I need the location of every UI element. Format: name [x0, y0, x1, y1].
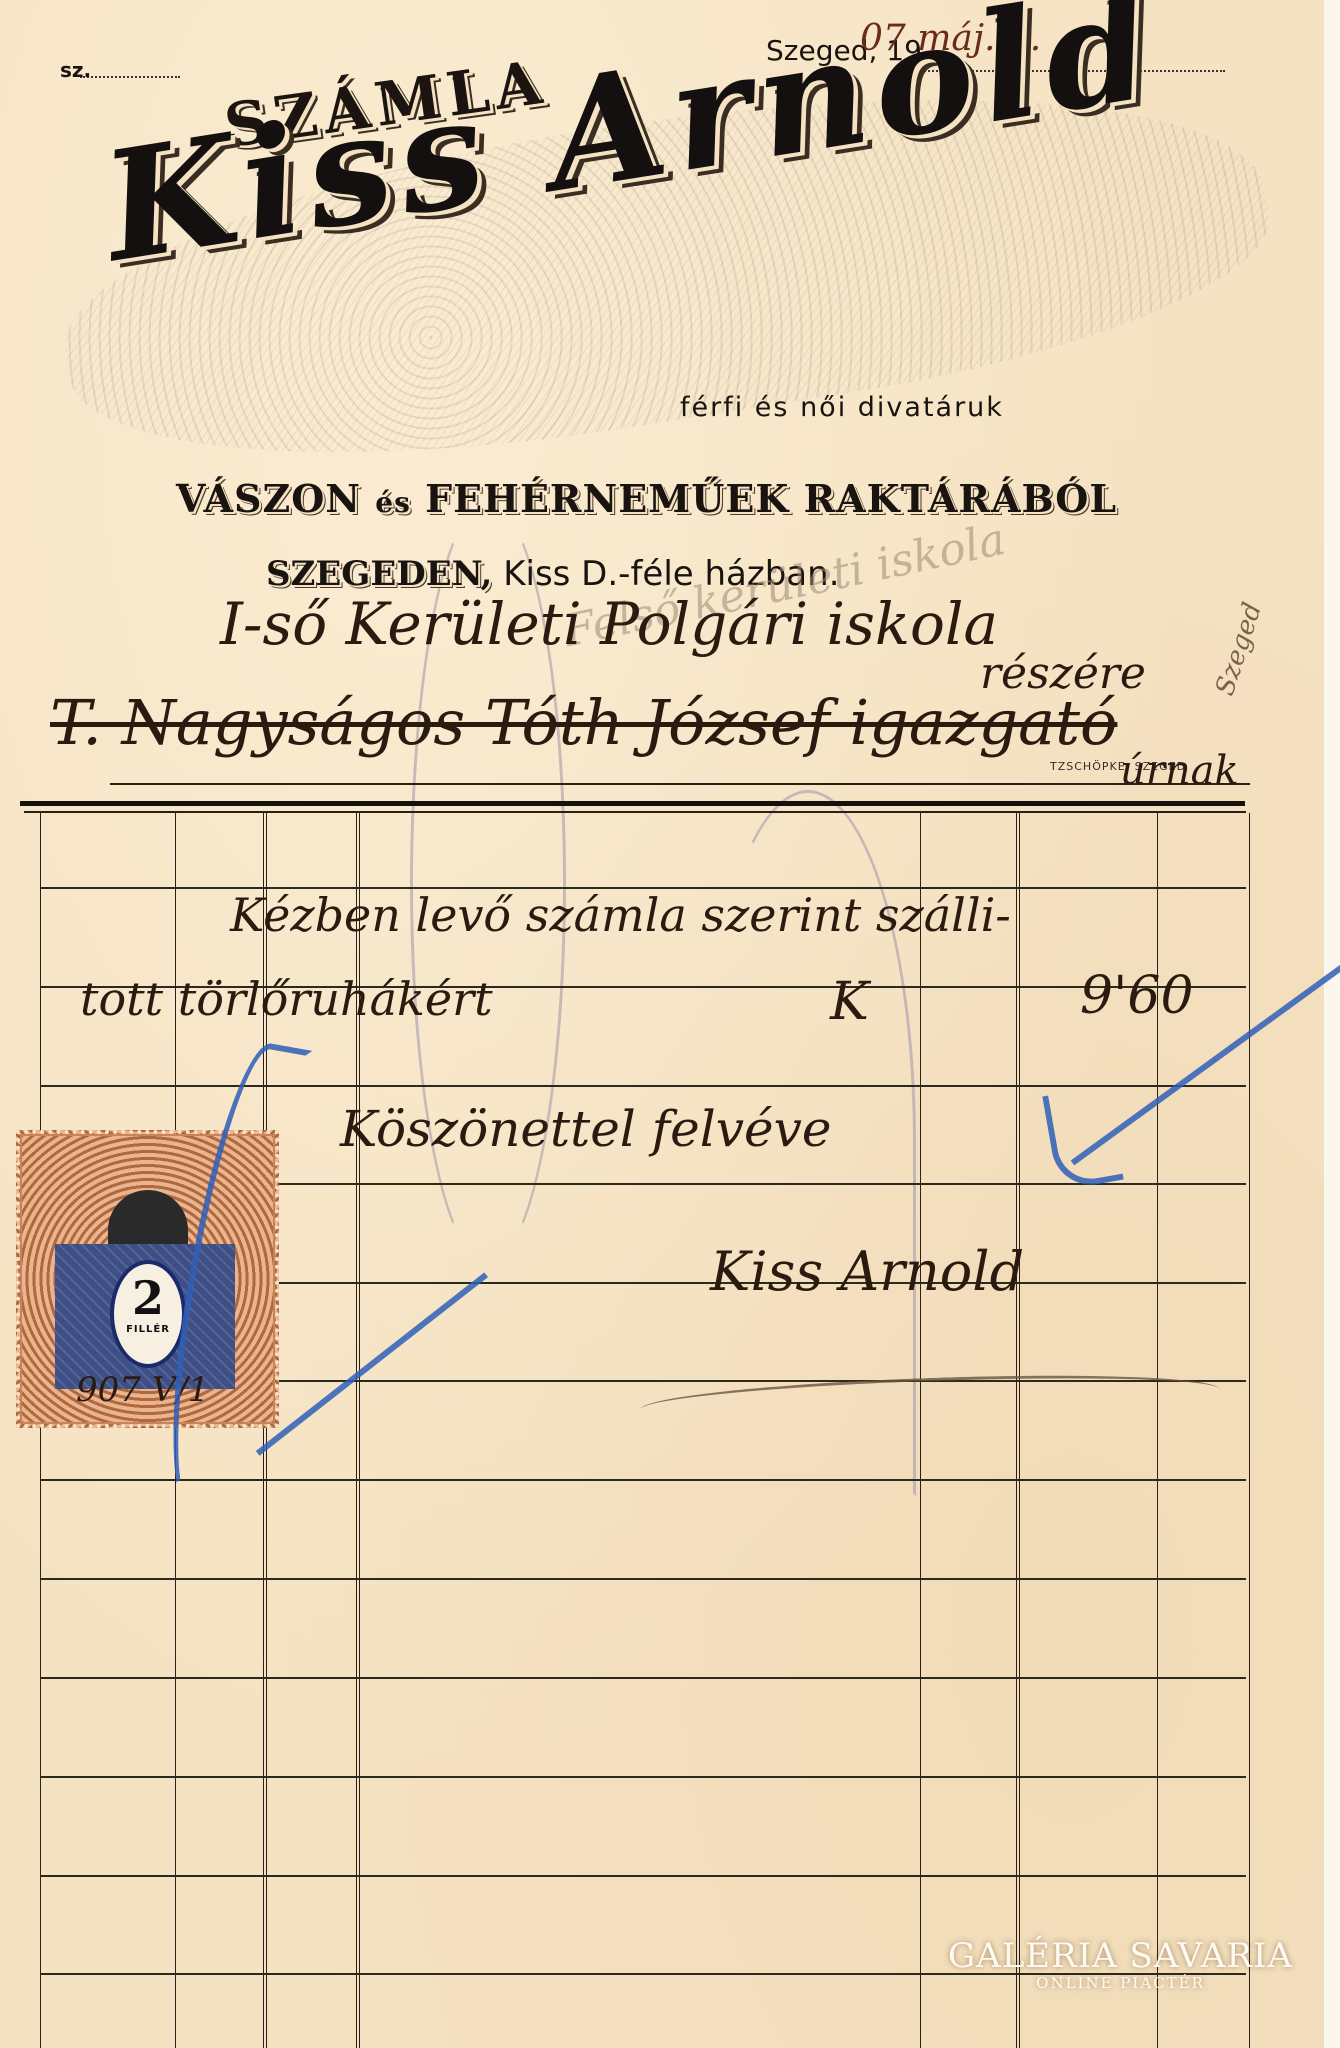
row-line [40, 1776, 1246, 1778]
stamp-value: 2 [114, 1272, 182, 1324]
row-line [40, 1875, 1246, 1877]
row-line [40, 1677, 1246, 1679]
gallery-watermark: GALÉRIA SAVARIA ONLINE PIACTÉR [948, 1936, 1293, 1992]
stamp-value-oval: 2 FILLÉR [110, 1260, 186, 1368]
address-city: SZEGEDEN, [266, 554, 492, 594]
watermark-title: GALÉRIA SAVARIA [948, 1936, 1293, 1976]
warehouse-heading: VÁSZON és FEHÉRNEMŰEK RAKTÁRÁBÓL [176, 476, 1117, 521]
column-line [920, 813, 921, 2048]
stamp-unit: FILLÉR [114, 1324, 182, 1335]
row-line [40, 1085, 1246, 1087]
entry-amount: 9'60 [1080, 966, 1194, 1026]
invoice-number-label: sz. [60, 58, 91, 82]
recipient-line-1: I-ső Kerületi Polgári iskola [220, 590, 998, 658]
holy-crown-icon [108, 1190, 188, 1248]
scan-edge [1324, 0, 1340, 2048]
entry-currency: K [830, 972, 869, 1032]
address-underline [110, 783, 1250, 785]
merchant-tagline: férfi és női divatáruk [680, 392, 1004, 423]
acknowledgement-text: Köszönettel felvéve [340, 1100, 831, 1158]
table-top-rule-thin [24, 811, 1246, 813]
table-top-rule [20, 801, 1245, 806]
row-line [40, 1578, 1246, 1580]
entry-description-line-2: tott törlőruhákért [80, 972, 493, 1026]
merchant-signature: Kiss Arnold [710, 1240, 1024, 1303]
watermark-subtitle: ONLINE PIACTÉR [948, 1974, 1293, 1992]
number-dotted-line [80, 76, 180, 78]
recipient-line-2-struck: T. Nagyságos Tóth József igazgató [50, 686, 1117, 759]
column-line [1249, 813, 1250, 2048]
warehouse-word-b: FEHÉRNEMŰEK RAKTÁRÁBÓL [425, 476, 1117, 521]
column-line-double [1016, 813, 1020, 2048]
column-line [40, 813, 41, 2048]
entry-description-line-1: Kézben levő számla szerint szálli- [230, 888, 1011, 942]
warehouse-conjunction: és [375, 486, 411, 519]
warehouse-word-a: VÁSZON [176, 476, 361, 521]
recipient-closing-word: úrnak [1120, 748, 1239, 794]
